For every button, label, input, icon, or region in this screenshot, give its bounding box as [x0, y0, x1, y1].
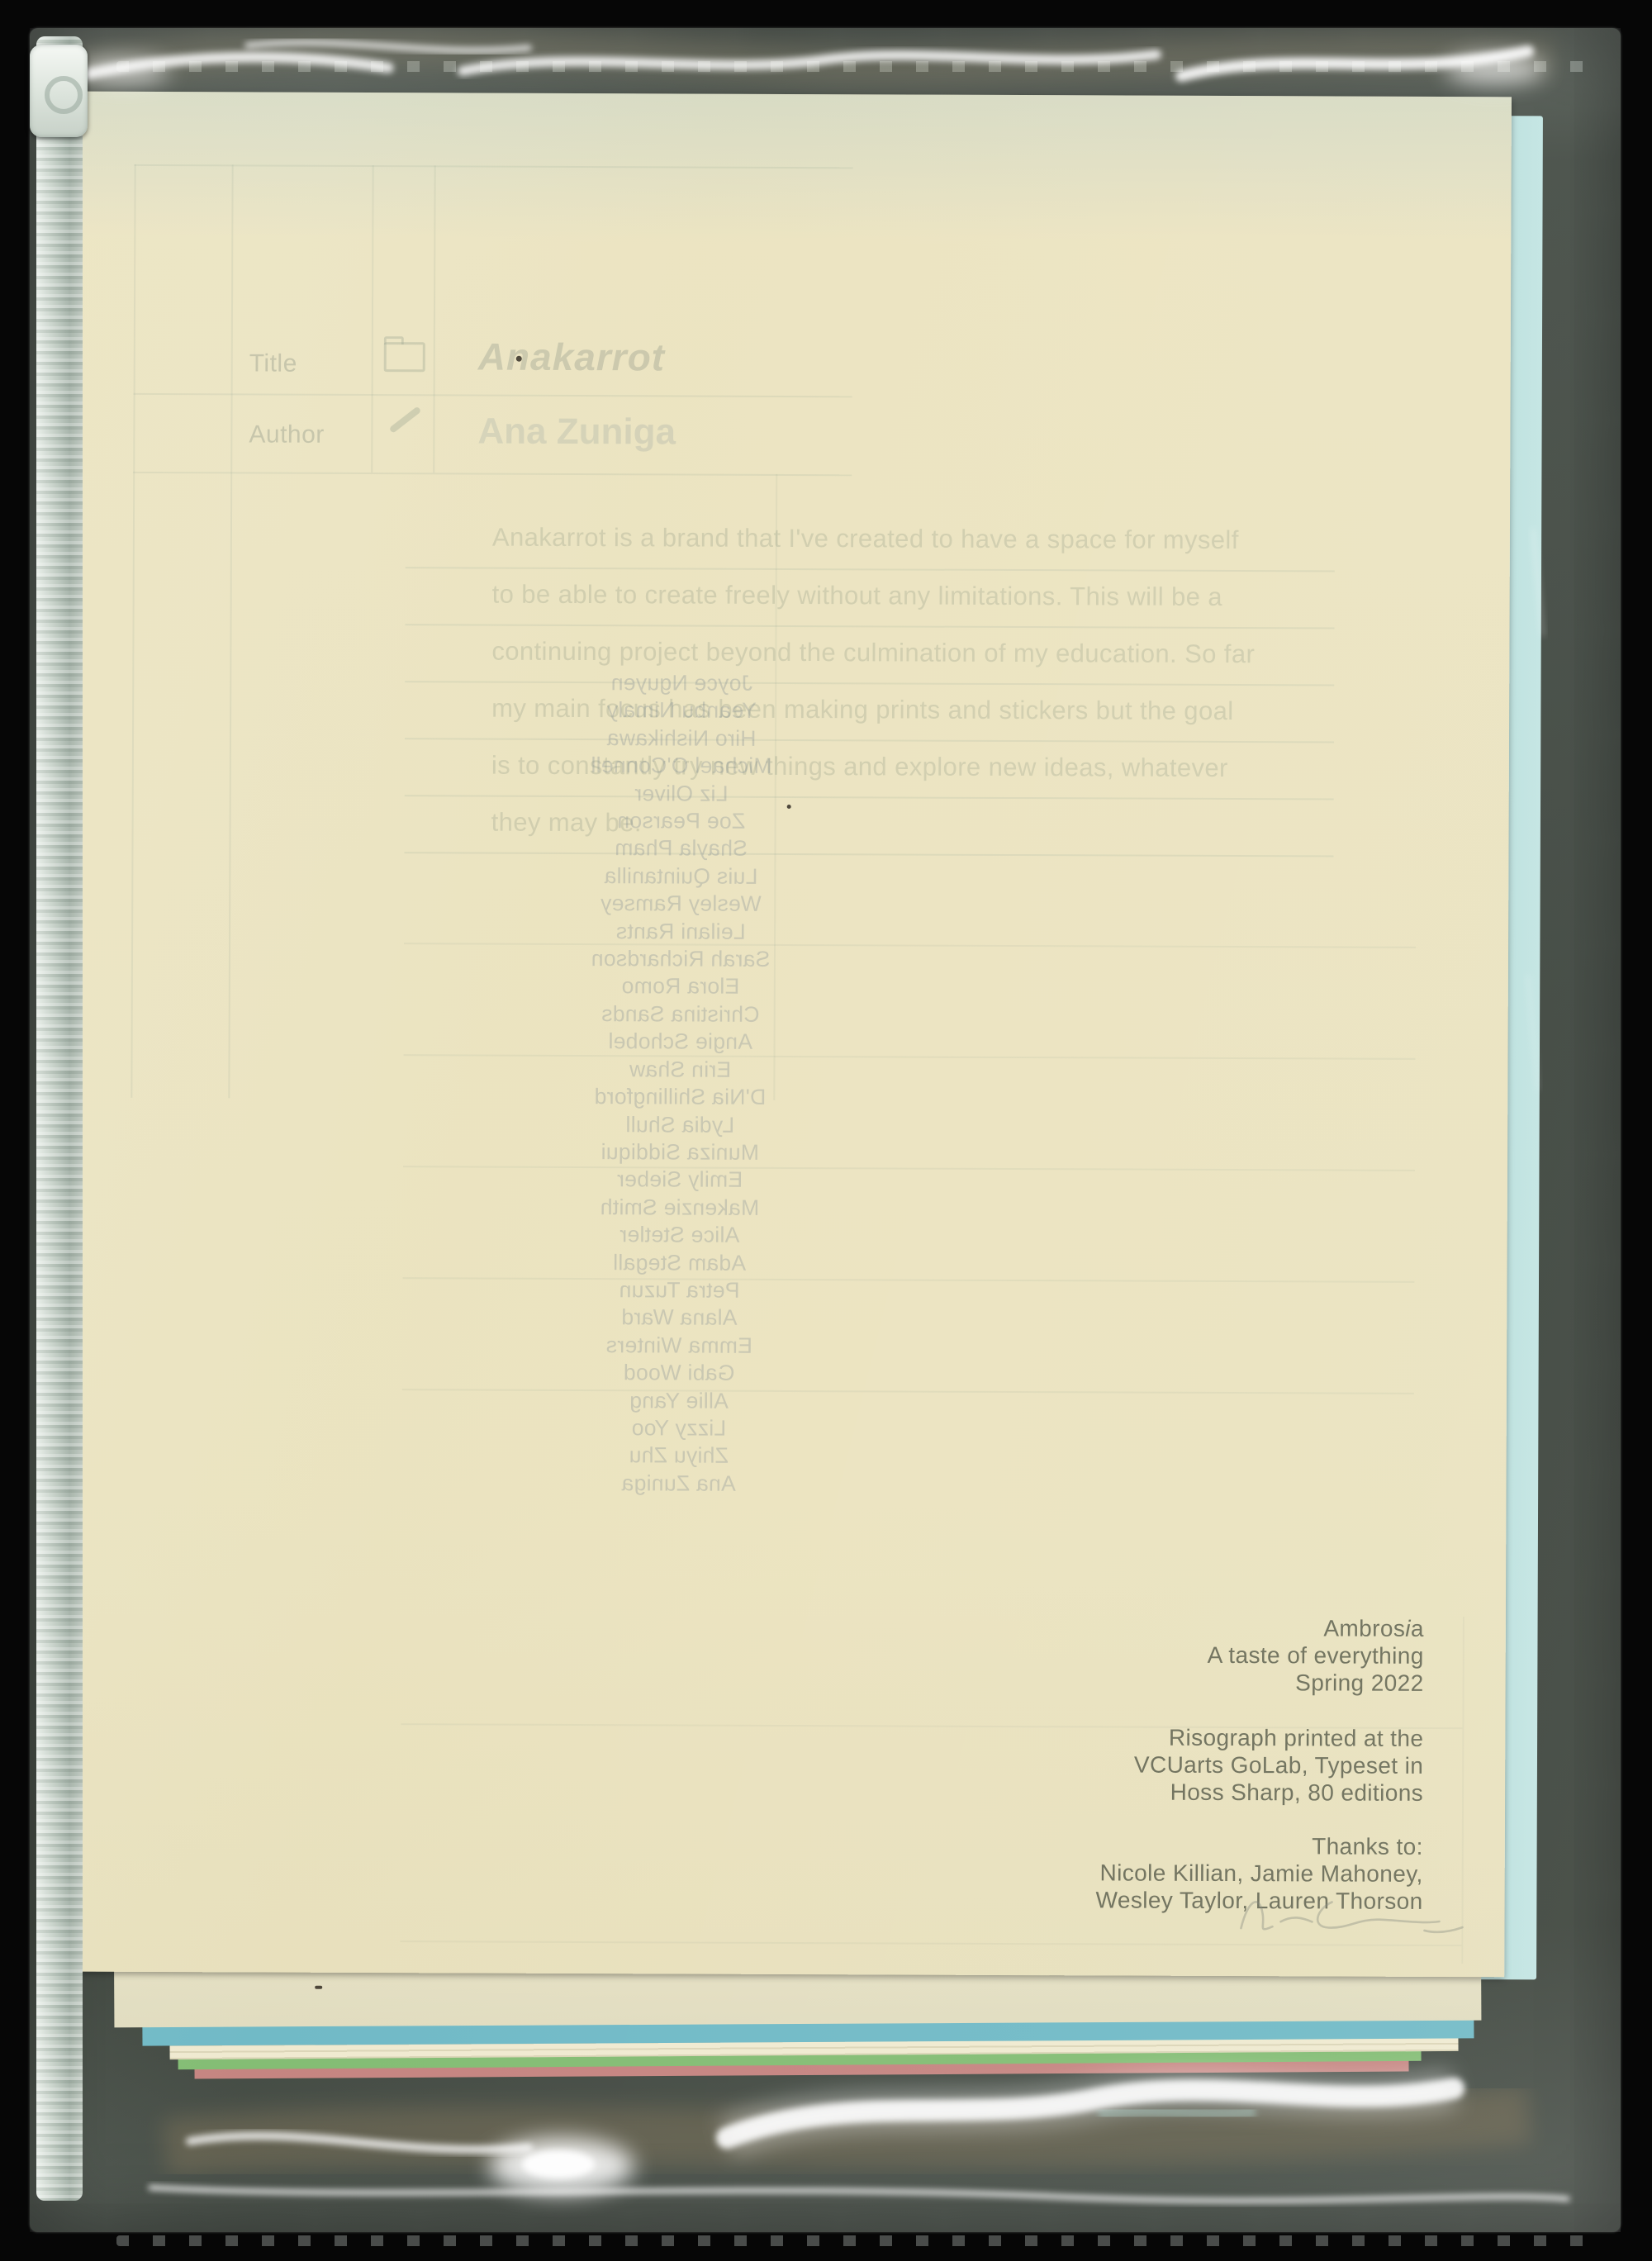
- signature: [1226, 1879, 1474, 1958]
- contributor-name: Liz Oliver: [434, 779, 929, 809]
- ghost-paragraph-line: to be able to create freely without any …: [406, 568, 1335, 629]
- contributor-name: Yeanbu Nimaly: [434, 696, 929, 726]
- contributor-name: Allie Yang: [431, 1386, 927, 1416]
- form-grid-line: [131, 164, 135, 1098]
- colophon-title-block: Ambrosia A taste of everything Spring 20…: [961, 1613, 1424, 1697]
- contributor-name: Luis Quintanilla: [433, 862, 928, 891]
- author-field-value: Ana Zuniga: [477, 411, 676, 454]
- zipper-slider[interactable]: [30, 45, 88, 137]
- contributor-name: Shayla Pham: [433, 834, 928, 864]
- paper-speck: [787, 805, 791, 809]
- form-grid-line: [433, 165, 435, 473]
- colophon-page: Title Anakarrot Author Ana Zuniga Anakar…: [74, 92, 1512, 1978]
- contributor-name: Emily Sieber: [432, 1166, 928, 1195]
- paper-speck: [315, 1986, 322, 1989]
- contributor-name: Christina Sands: [433, 1000, 928, 1029]
- contributor-name: Alana Ward: [431, 1304, 927, 1333]
- author-field-label: Author: [249, 420, 325, 449]
- contributor-name: Adam Stegall: [432, 1248, 928, 1278]
- contributor-name: Hiro Nishikawa: [434, 724, 929, 753]
- form-grid-line: [134, 393, 852, 397]
- form-grid-line: [228, 164, 233, 1098]
- title-field-value: Anakarrot: [478, 335, 666, 380]
- photo-stage: Title Anakarrot Author Ana Zuniga Anakar…: [0, 0, 1652, 2261]
- contributor-name: Elora Romo: [433, 972, 928, 1002]
- pouch-top-seal: [116, 61, 1595, 72]
- contributor-name: Muniza Siddiqui: [432, 1138, 928, 1167]
- zine-season: Spring 2022: [961, 1668, 1424, 1697]
- contributor-name: Alice Stetler: [432, 1220, 928, 1250]
- zine-subtitle: A taste of everything: [961, 1641, 1424, 1670]
- print-info-line: Risograph printed at the: [961, 1723, 1423, 1752]
- contributor-name: Emma Winters: [431, 1331, 927, 1361]
- contributor-name: Erin Shaw: [432, 1055, 928, 1085]
- contributor-name: D'Nia Shillingford: [432, 1082, 928, 1112]
- contributor-name: Angie Schobel: [433, 1028, 928, 1057]
- paper-speck: [516, 356, 522, 362]
- contributor-name: Michael O'Connell: [434, 752, 929, 781]
- print-info-line: VCUarts GoLab, Typeset in: [961, 1750, 1423, 1779]
- contributor-name: Ana Zuniga: [430, 1469, 926, 1499]
- contributor-name: Zhiyu Zhu: [431, 1442, 927, 1471]
- form-grid-line: [371, 165, 373, 473]
- zipper-rail: [36, 36, 83, 2201]
- pouch-bottom-seal: [116, 2235, 1595, 2246]
- ghost-paragraph-line: Anakarrot is a brand that I've created t…: [406, 511, 1335, 572]
- contributor-name: Lydia Shull: [432, 1110, 928, 1140]
- form-grid-line: [133, 472, 852, 476]
- colophon-print-block: Risograph printed at theVCUarts GoLab, T…: [961, 1723, 1423, 1807]
- contributor-name: Makenzie Smith: [432, 1193, 928, 1223]
- contributor-name: Lizzy Yoo: [431, 1413, 927, 1443]
- contributor-name: Gabi Wood: [431, 1358, 927, 1388]
- title-field-label: Title: [249, 349, 297, 378]
- contributor-name: Leilani Rants: [433, 917, 928, 947]
- folder-icon: [384, 342, 425, 372]
- contributor-name: Petra Tuzun: [431, 1275, 927, 1305]
- form-grid-line: [135, 164, 853, 169]
- pencil-icon: [389, 406, 422, 434]
- print-info-line: Hoss Sharp, 80 editions: [961, 1778, 1423, 1807]
- contributor-name: Wesley Ramsey: [433, 890, 928, 919]
- zine-title: Ambrosia: [961, 1613, 1424, 1642]
- contributor-list-mirrored: Joyce NguyenYeanbu NimalyHiro NishikawaM…: [430, 668, 929, 1498]
- contributor-name: Sarah Richardson: [433, 944, 928, 974]
- contributor-name: Zoe Pearson: [434, 806, 929, 836]
- thanks-heading: Thanks to:: [961, 1831, 1423, 1860]
- contributor-name: Joyce Nguyen: [434, 668, 929, 698]
